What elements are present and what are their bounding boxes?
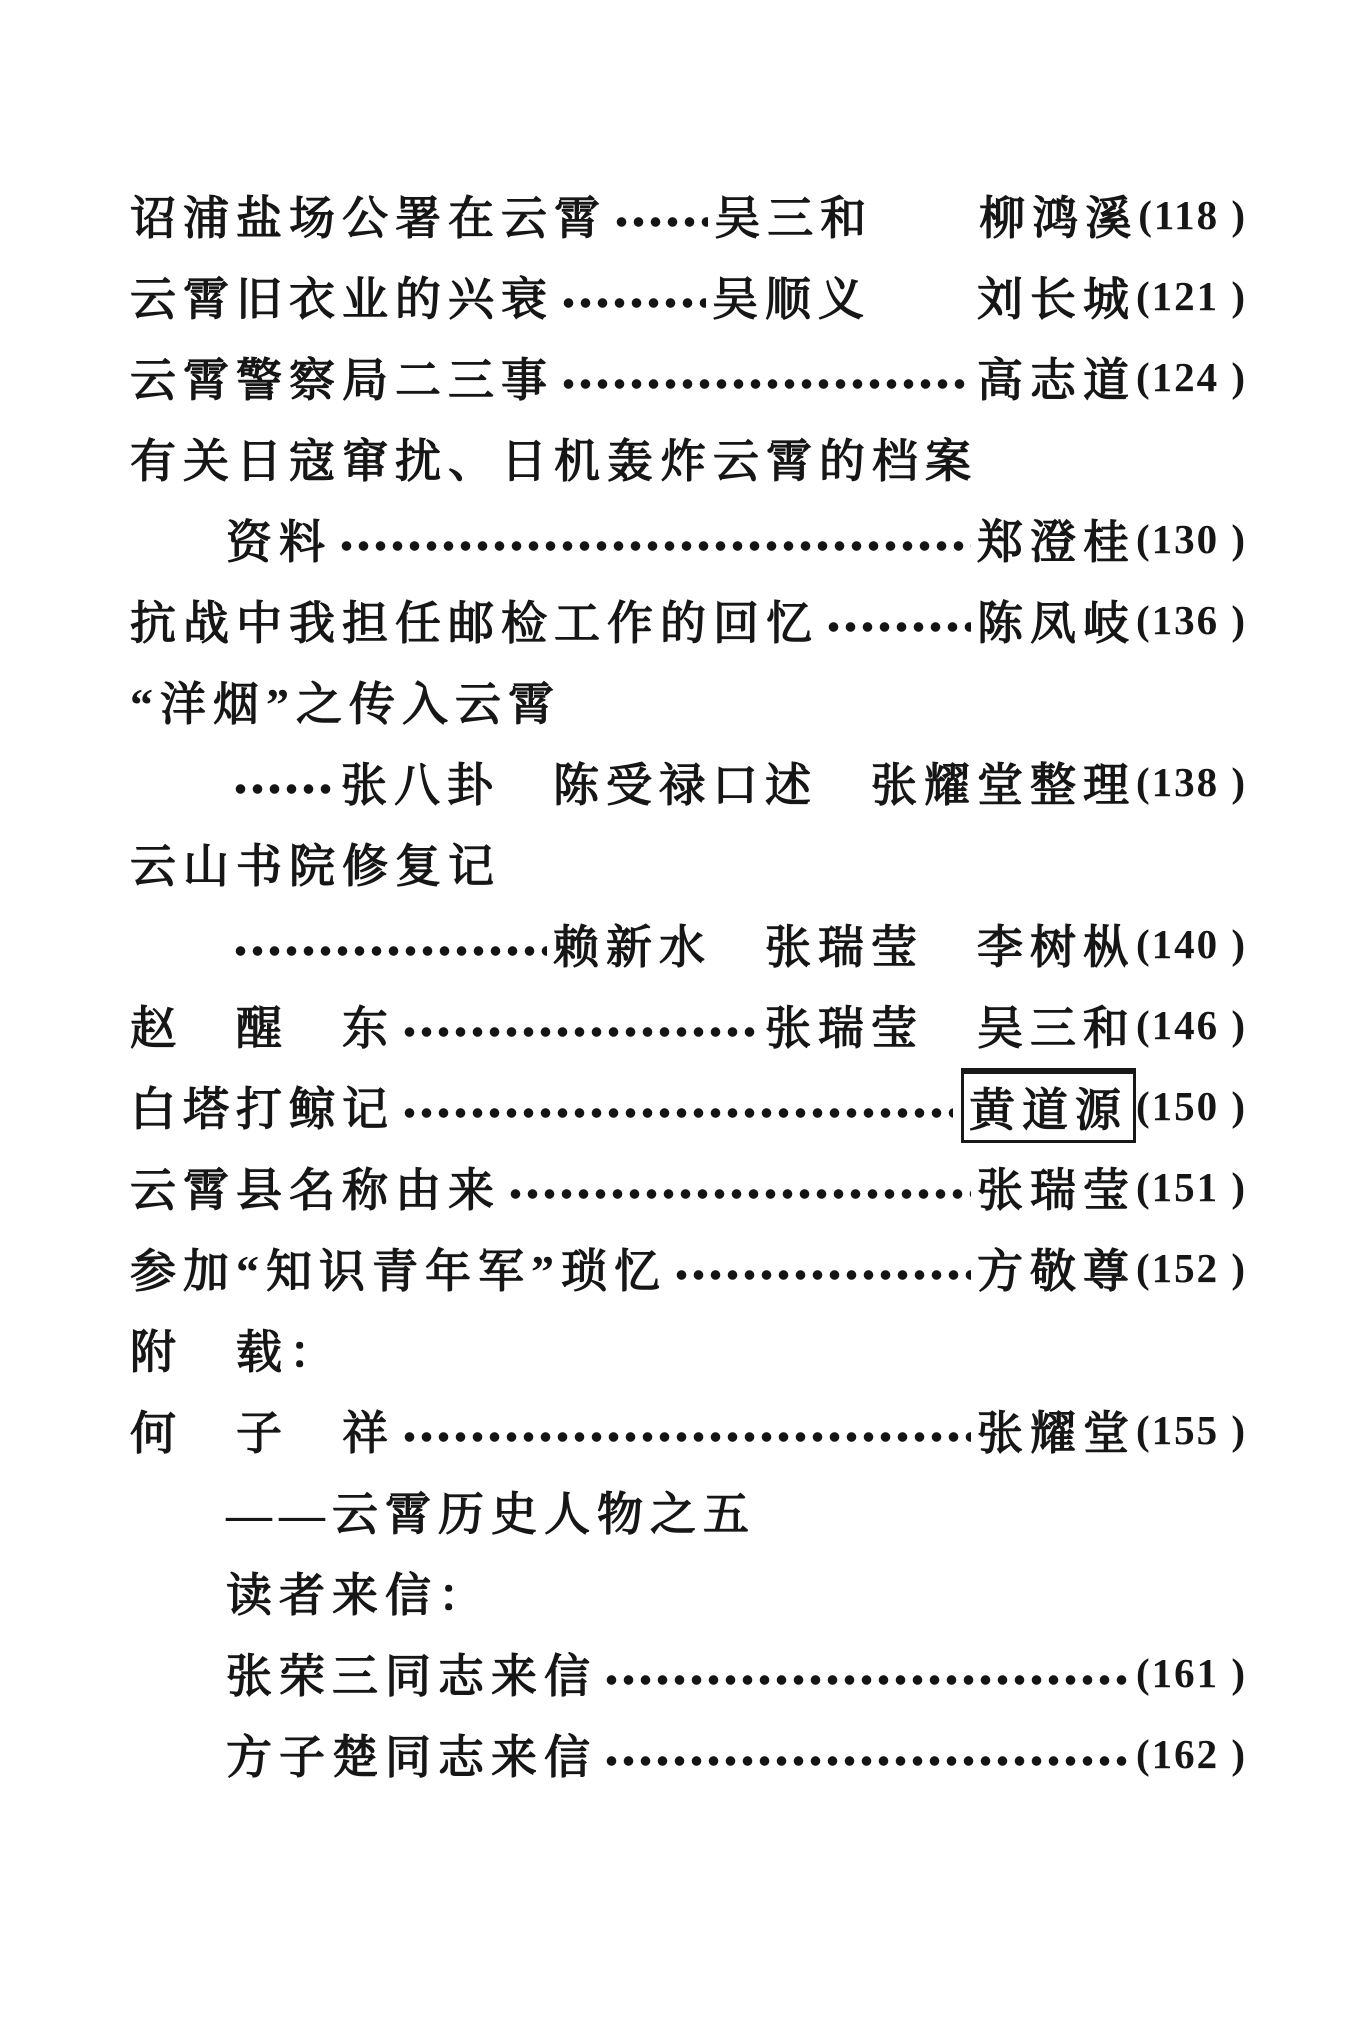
toc-row: 参加“知识青年军”琐忆方敬尊(152 ) xyxy=(130,1227,1247,1308)
entry-page-number: (150 ) xyxy=(1136,1082,1247,1130)
entry-page-number: (130 ) xyxy=(1136,515,1247,563)
section-heading: ——云霄历史人物之五 xyxy=(226,1478,756,1544)
toc-rows: 诏浦盐场公署在云霄吴三和 柳鸿溪(118 )云霄旧衣业的兴衰吴顺义 刘长城(12… xyxy=(130,174,1247,1794)
dot-leader xyxy=(560,377,971,391)
entry-page-number: (118 ) xyxy=(1138,191,1247,239)
entry-authors: 张瑞莹 xyxy=(977,1154,1136,1220)
toc-row: 诏浦盐场公署在云霄吴三和 柳鸿溪(118 ) xyxy=(130,174,1247,255)
entry-page-number: (162 ) xyxy=(1136,1730,1247,1778)
section-heading: 云山书院修复记 xyxy=(130,830,501,896)
entry-title: 方子楚同志来信 xyxy=(226,1721,597,1787)
entry-title: 参加“知识青年军”琐忆 xyxy=(130,1235,667,1301)
entry-page-number: (152 ) xyxy=(1136,1244,1247,1292)
entry-authors: 郑澄桂 xyxy=(977,506,1136,572)
dot-leader xyxy=(613,215,708,229)
toc-row: 有关日寇窜扰、日机轰炸云霄的档案 xyxy=(130,417,1247,498)
toc-row: 张八卦 陈受禄口述 张耀堂整理(138 ) xyxy=(130,741,1247,822)
entry-page-number: (146 ) xyxy=(1136,1001,1247,1049)
entry-title: 云霄县名称由来 xyxy=(130,1154,501,1220)
entry-title: 诏浦盐场公署在云霄 xyxy=(130,182,607,248)
dot-leader xyxy=(507,1187,971,1201)
toc-row: “洋烟”之传入云霄 xyxy=(130,660,1247,741)
entry-authors: 陈凤岐 xyxy=(977,587,1136,653)
toc-row: 赵 醒 东张瑞莹 吴三和(146 ) xyxy=(130,984,1247,1065)
entry-title: 云霄警察局二三事 xyxy=(130,344,554,410)
toc-row: 云霄警察局二三事高志道(124 ) xyxy=(130,336,1247,417)
section-heading: 有关日寇窜扰、日机轰炸云霄的档案 xyxy=(130,425,978,491)
entry-authors: 吴三和 柳鸿溪 xyxy=(714,182,1138,248)
dot-leader xyxy=(401,1430,971,1444)
entry-title: 云霄旧衣业的兴衰 xyxy=(130,263,554,329)
section-heading: 附 载： xyxy=(130,1316,342,1382)
toc-row: 抗战中我担任邮检工作的回忆陈凤岐(136 ) xyxy=(130,579,1247,660)
dot-leader xyxy=(401,1106,953,1120)
toc-row: 赖新水 张瑞莹 李树枞(140 ) xyxy=(130,903,1247,984)
entry-title: 白塔打鲸记 xyxy=(130,1073,395,1139)
dot-leader xyxy=(603,1754,1130,1768)
dot-leader xyxy=(825,620,971,634)
dot-leader xyxy=(232,782,335,796)
entry-authors: 张八卦 陈受禄口述 张耀堂整理 xyxy=(341,749,1136,815)
toc-row: 张荣三同志来信(161 ) xyxy=(130,1632,1247,1713)
entry-page-number: (155 ) xyxy=(1136,1406,1247,1454)
toc-row: 云霄旧衣业的兴衰吴顺义 刘长城(121 ) xyxy=(130,255,1247,336)
entry-page-number: (151 ) xyxy=(1136,1163,1247,1211)
dot-leader xyxy=(603,1673,1130,1687)
entry-page-number: (140 ) xyxy=(1136,920,1247,968)
entry-title: 何 子 祥 xyxy=(130,1397,395,1463)
toc-row: 云霄县名称由来张瑞莹(151 ) xyxy=(130,1146,1247,1227)
toc-row: 白塔打鲸记黄道源(150 ) xyxy=(130,1065,1247,1146)
entry-authors: 赖新水 张瑞莹 李树枞 xyxy=(553,911,1136,977)
entry-page-number: (136 ) xyxy=(1136,596,1247,644)
dot-leader xyxy=(401,1025,759,1039)
document-page: 诏浦盐场公署在云霄吴三和 柳鸿溪(118 )云霄旧衣业的兴衰吴顺义 刘长城(12… xyxy=(0,0,1359,2027)
entry-page-number: (138 ) xyxy=(1136,758,1247,806)
entry-title: 抗战中我担任邮检工作的回忆 xyxy=(130,587,819,653)
dot-leader xyxy=(673,1268,971,1282)
entry-authors: 方敬尊 xyxy=(977,1235,1136,1301)
toc-row: 资料郑澄桂(130 ) xyxy=(130,498,1247,579)
toc-row: 读者来信： xyxy=(130,1551,1247,1632)
toc-row: 云山书院修复记 xyxy=(130,822,1247,903)
dot-leader xyxy=(232,944,547,958)
dot-leader xyxy=(338,539,971,553)
toc-row: 附 载： xyxy=(130,1308,1247,1389)
entry-title: 张荣三同志来信 xyxy=(226,1640,597,1706)
entry-authors: 张瑞莹 吴三和 xyxy=(765,992,1136,1058)
entry-authors: 张耀堂 xyxy=(977,1397,1136,1463)
dot-leader xyxy=(560,296,706,310)
entry-authors-boxed: 黄道源 xyxy=(961,1068,1136,1143)
entry-title: 资料 xyxy=(226,506,332,572)
toc-row: 何 子 祥张耀堂(155 ) xyxy=(130,1389,1247,1470)
entry-page-number: (124 ) xyxy=(1136,353,1247,401)
section-heading: 读者来信： xyxy=(226,1559,491,1625)
section-heading: “洋烟”之传入云霄 xyxy=(130,668,561,734)
entry-authors: 高志道 xyxy=(977,344,1136,410)
entry-page-number: (161 ) xyxy=(1136,1649,1247,1697)
toc-row: ——云霄历史人物之五 xyxy=(130,1470,1247,1551)
entry-page-number: (121 ) xyxy=(1136,272,1247,320)
toc-row: 方子楚同志来信(162 ) xyxy=(130,1713,1247,1794)
table-of-contents: 诏浦盐场公署在云霄吴三和 柳鸿溪(118 )云霄旧衣业的兴衰吴顺义 刘长城(12… xyxy=(0,0,1359,1794)
entry-title: 赵 醒 东 xyxy=(130,992,395,1058)
entry-authors: 吴顺义 刘长城 xyxy=(712,263,1136,329)
